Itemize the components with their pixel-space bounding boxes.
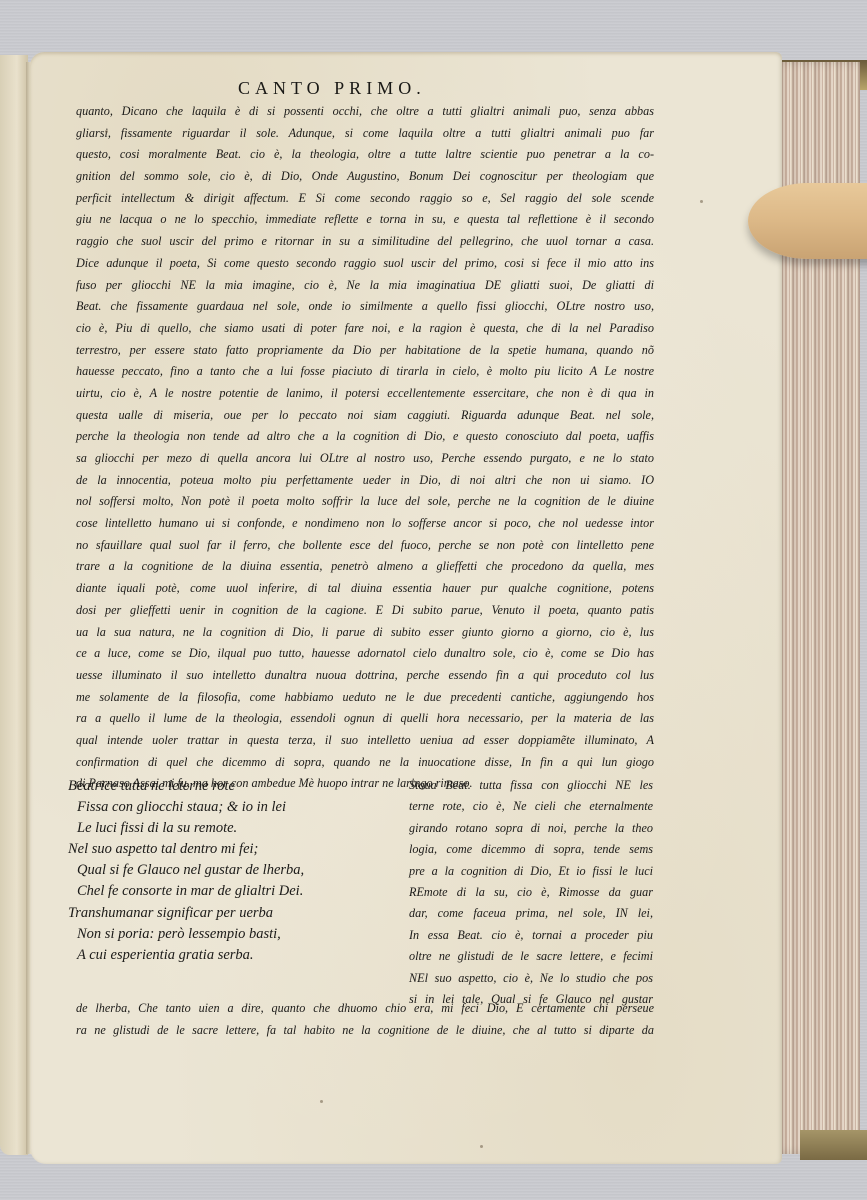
paper-speck: [105, 130, 108, 133]
commentary-line: questa ualle di miseria, oue per lo pecc…: [76, 405, 654, 427]
commentary-line: quanto, Dicano che laquila è di si posse…: [76, 101, 654, 123]
running-head: CANTO PRIMO.: [238, 78, 426, 99]
tail-commentary-block: de lherba, Che tanto uien a dire, quanto…: [76, 997, 654, 1041]
gloss-line: REmote di la su, cio è, Rimosse da guar: [409, 882, 653, 903]
commentary-line: hauesse peccato, fino a tanto che a lui …: [76, 361, 654, 383]
verse-line: Le luci fissi di la su remote.: [68, 818, 388, 839]
commentary-line: nol soffersi molto, Non potè il poeta mo…: [76, 491, 654, 513]
commentary-line: no sfauillare qual suol far il ferro, ch…: [76, 535, 654, 557]
commentary-line: Beat. che fissamente guardaua nel sole, …: [76, 296, 654, 318]
gloss-line: terne rote, cio è, Ne cieli che eternalm…: [409, 796, 653, 817]
commentary-line: dosi per glieffetti uenir in cognition d…: [76, 600, 654, 622]
cover-bottom: [800, 1130, 867, 1160]
commentary-line: uesse illuminato il suo intelletto dunal…: [76, 665, 654, 687]
commentary-line: uirtu, cio è, A le nostre potentie de la…: [76, 383, 654, 405]
commentary-line: cio è, Piu di quello, che siamo usati di…: [76, 318, 654, 340]
commentary-line: perficit intellectum & dirigit affectum.…: [76, 188, 654, 210]
verse-line: Non si poria: però lessempio basti,: [68, 924, 388, 945]
commentary-line: Dice adunque il poeta, Si come questo se…: [76, 253, 654, 275]
gloss-block: Staua Beat. tutta fissa con gliocchi NE …: [409, 775, 653, 1010]
commentary-line: trare a la cognitione de la diuina essen…: [76, 556, 654, 578]
verse-line: A cui esperientia gratia serba.: [68, 945, 388, 966]
commentary-line: qual intende uoler trattar in questa ter…: [76, 730, 654, 752]
tail-commentary-line: de lherba, Che tanto uien a dire, quanto…: [76, 997, 654, 1019]
gloss-line: dar, come faceua prima, nel sole, IN lei…: [409, 903, 653, 924]
commentary-line: ce a luce, come se Dio, ilqual puo tutto…: [76, 643, 654, 665]
verse-line: Nel suo aspetto tal dentro mi fei;: [68, 839, 388, 860]
commentary-line: confirmation di quel che dicemmo di sopr…: [76, 752, 654, 774]
gloss-line: NEl suo aspetto, cio è, Ne lo studio che…: [409, 968, 653, 989]
verse-line: Fissa con gliocchi staua; & io in lei: [68, 797, 388, 818]
commentary-line: questo, cosi moralmente Beat. cio è, la …: [76, 144, 654, 166]
paper-speck: [320, 1100, 323, 1103]
commentary-block: quanto, Dicano che laquila è di si posse…: [76, 101, 654, 795]
gloss-line: pre a la cognition di Dio, Et io fissi l…: [409, 861, 653, 882]
commentary-line: me solamente de la filosofia, come habbi…: [76, 687, 654, 709]
verse-line: Chel fe consorte in mar de glialtri Dei.: [68, 881, 388, 902]
commentary-line: fuso per gliocchi NE la mia imagine, cio…: [76, 275, 654, 297]
gloss-line: logia, come dicemmo di sopra, tende sems: [409, 839, 653, 860]
gloss-line: In essa Beat. cio è, tornai a proceder p…: [409, 925, 653, 946]
commentary-line: sa gliocchi per mezo di quella ancora lu…: [76, 448, 654, 470]
gloss-line: oltre ne glistudi de le sacre lettere, e…: [409, 946, 653, 967]
verse-line: Qual si fe Glauco nel gustar de lherba,: [68, 860, 388, 881]
verse-block: Beatrice tutta ne leterne roteFissa con …: [68, 776, 388, 966]
commentary-line: gnition del sommo sole, cio è, di Dio, O…: [76, 166, 654, 188]
commentary-line: gliarsi, fissamente riguardar il sole. A…: [76, 123, 654, 145]
commentary-line: cose lintelletto humano ui si confonde, …: [76, 513, 654, 535]
gloss-line: Staua Beat. tutta fissa con gliocchi NE …: [409, 775, 653, 796]
commentary-line: ua la sua natura, ne la cognition di Dio…: [76, 622, 654, 644]
paper-speck: [700, 200, 703, 203]
commentary-line: raggio che suol uscir del primo e ritorn…: [76, 231, 654, 253]
commentary-line: ra a quello il lume de la theologia, ess…: [76, 708, 654, 730]
gloss-line: girando rotano sopra di noi, perche la t…: [409, 818, 653, 839]
commentary-line: perche la theologia non tende ad altro c…: [76, 426, 654, 448]
commentary-line: terrestro, per essere stato fatto propri…: [76, 340, 654, 362]
verse-line: Transhumanar significar per uerba: [68, 903, 388, 924]
commentary-line: diante iquali potè, come uuol inferire, …: [76, 578, 654, 600]
left-page-edge: [0, 55, 28, 1155]
paper-speck: [480, 1145, 483, 1148]
tail-commentary-line: ra ne glistudi de le sacre lettere, fa t…: [76, 1019, 654, 1041]
commentary-line: de la innocentia, poteua molto piu perfe…: [76, 470, 654, 492]
verse-line: Beatrice tutta ne leterne rote: [68, 776, 388, 797]
wooden-book-weight[interactable]: [748, 183, 867, 259]
commentary-line: giu ne lacqua o ne lo specchio, immediat…: [76, 209, 654, 231]
